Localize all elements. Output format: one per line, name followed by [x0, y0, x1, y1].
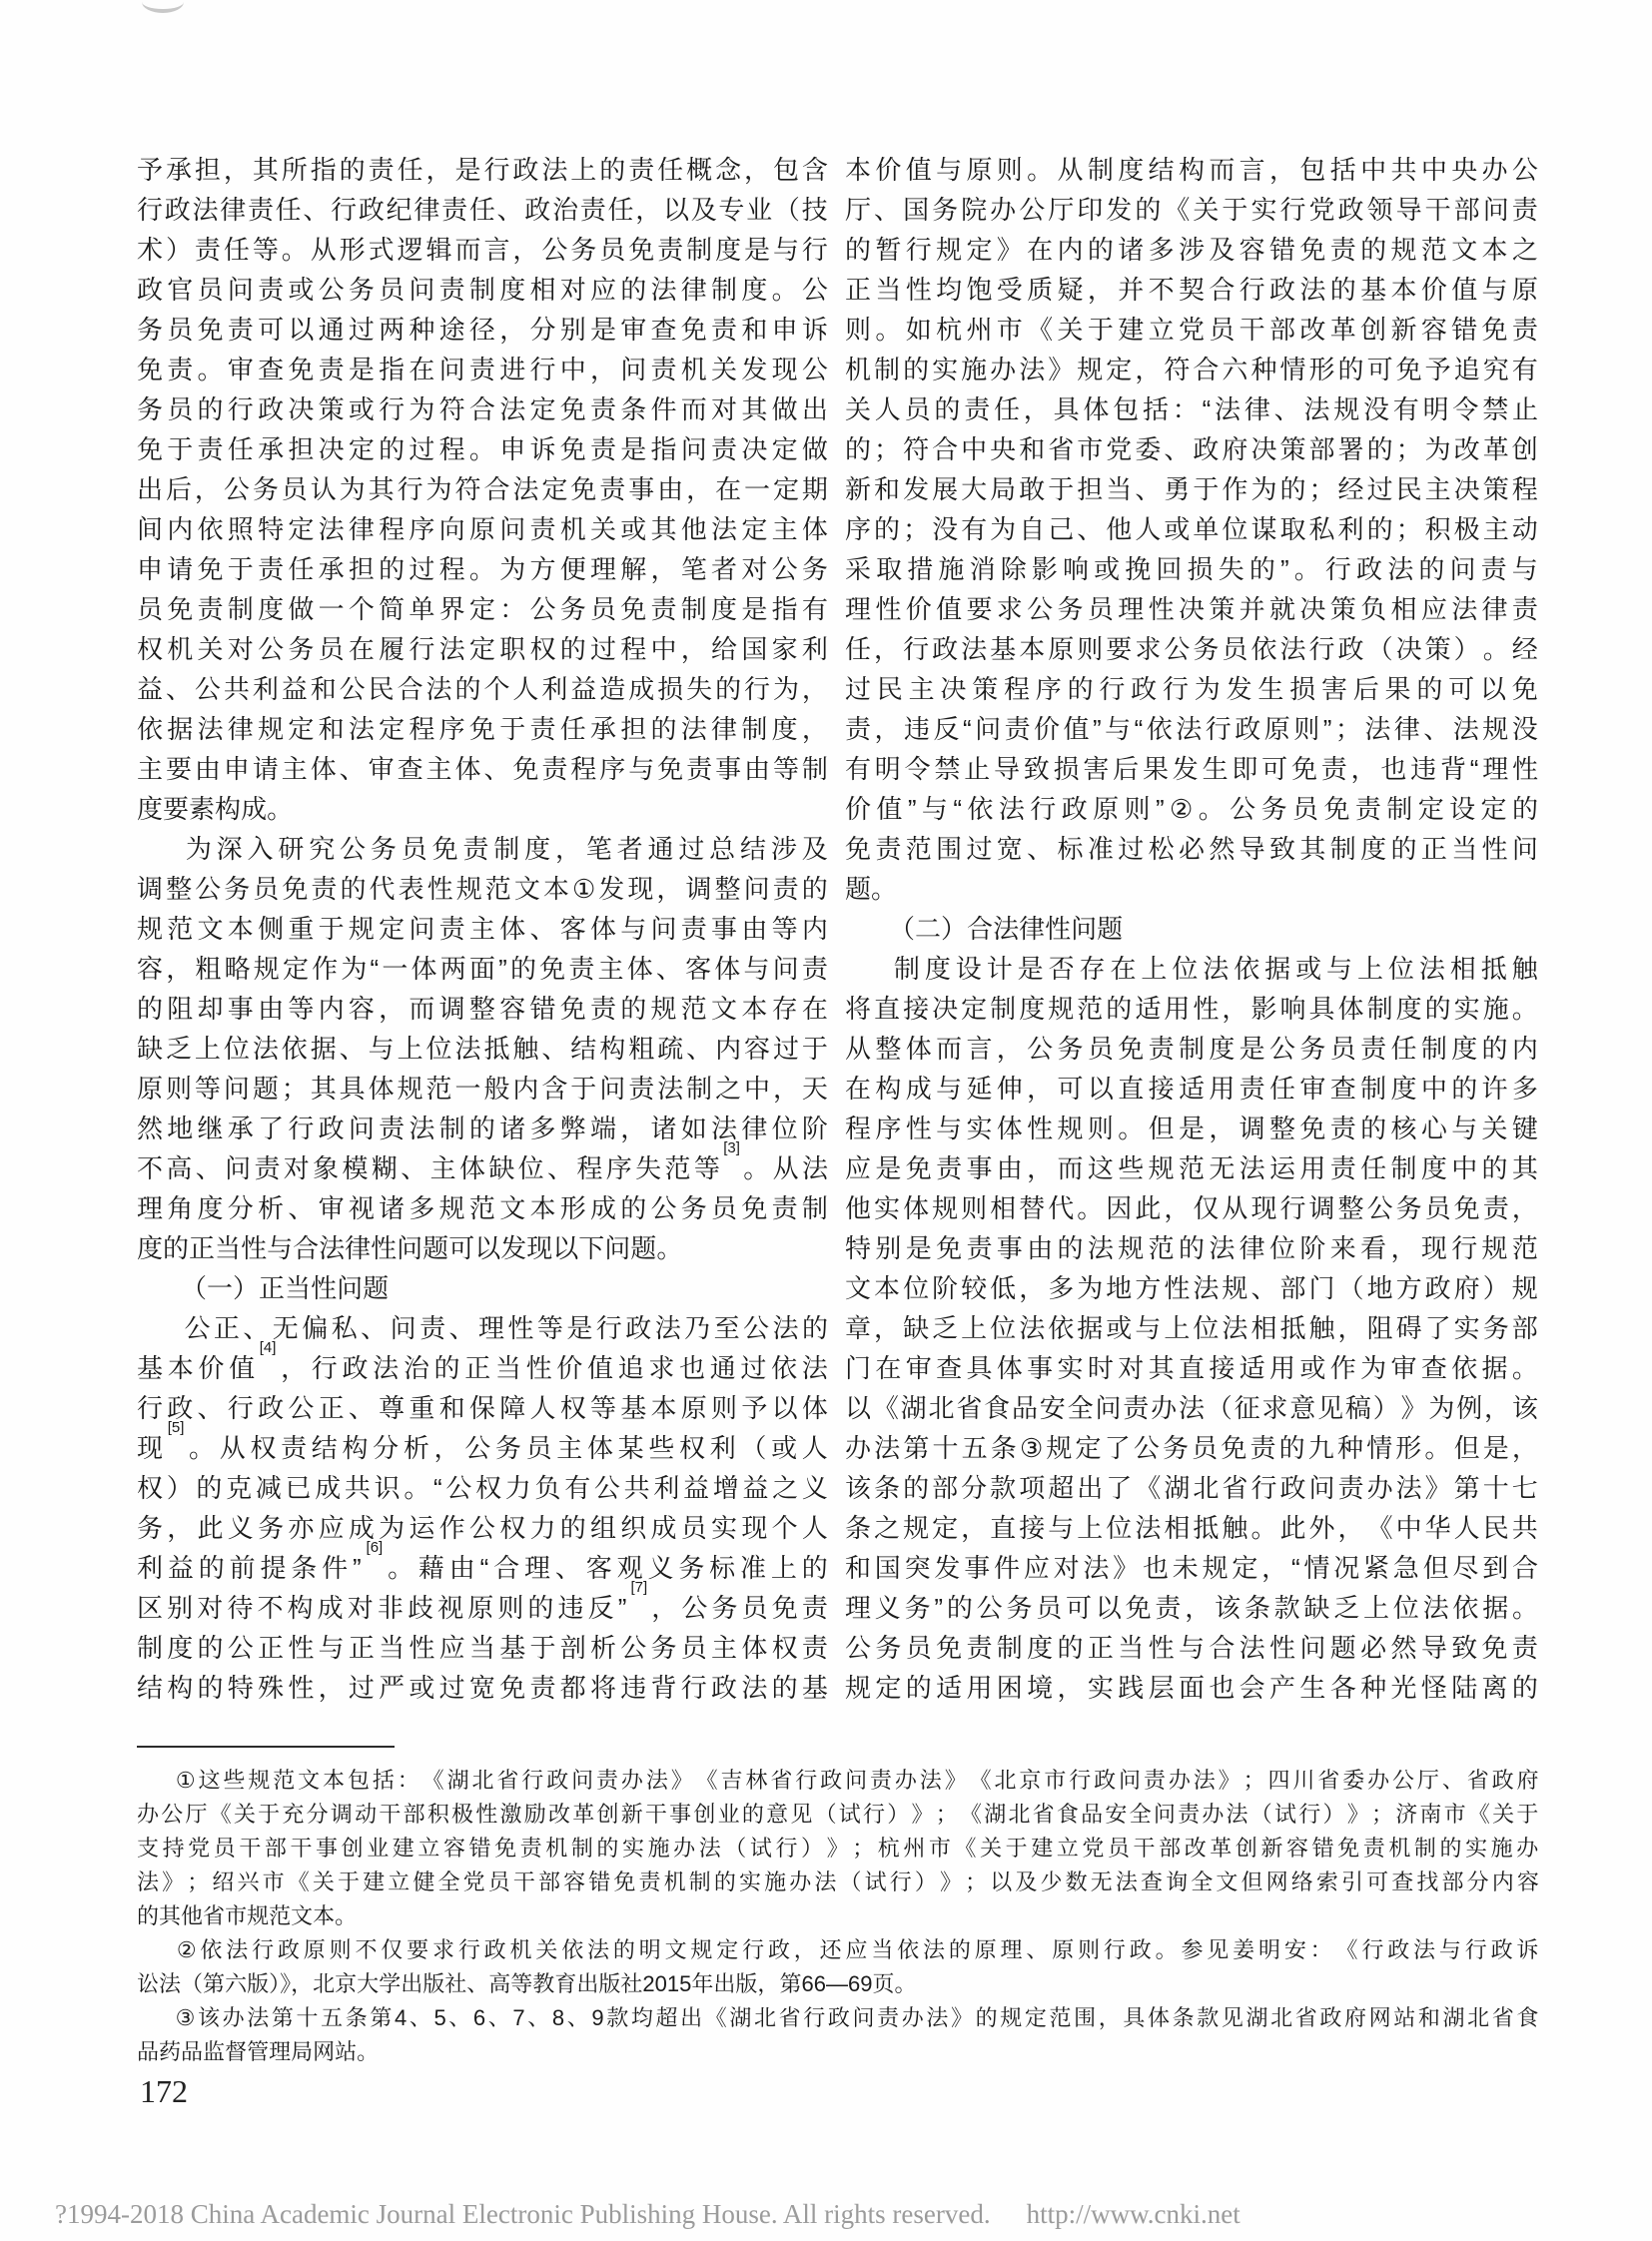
text-line: 理性价值要求公务员理性决策并就决策负相应法律责 — [845, 589, 1538, 629]
text-line: 机制的实施办法》规定，符合六种情形的可免予追究有 — [845, 350, 1538, 389]
text-line: 政官员问责或公务员问责制度相对应的法律制度。公 — [137, 270, 828, 310]
copyright-line: ?1994-2018 China Academic Journal Electr… — [55, 2199, 1613, 2230]
text-line: 则。如杭州市《关于建立党员干部改革创新容错免责 — [845, 310, 1538, 350]
text-line: 将直接决定制度规范的适用性，影响具体制度的实施。 — [845, 989, 1538, 1029]
text-line: 责，违反“问责价值”与“依法行政原则”；法律、法规没 — [845, 709, 1538, 749]
text-line: 员免责制度做一个简单界定：公务员免责制度是指有 — [137, 589, 828, 629]
text-line: 理角度分析、审视诸多规范文本形成的公务员免责制 — [137, 1188, 828, 1228]
text-line: 制度设计是否存在上位法依据或与上位法相抵触 — [845, 949, 1538, 989]
text-line: 权机关对公务员在履行法定职权的过程中，给国家利 — [137, 629, 828, 669]
text-line: 的阻却事由等内容，而调整容错免责的规范文本存在 — [137, 989, 828, 1029]
text-line: 术）责任等。从形式逻辑而言，公务员免责制度是与行 — [137, 230, 828, 270]
text-line: 益、公共利益和公民合法的个人利益造成损失的行为， — [137, 669, 828, 709]
text-line: 规范文本侧重于规定问责主体、客体与问责事由等内 — [137, 909, 828, 949]
text-line: ③该办法第十五条第4、5、6、7、8、9款均超出《湖北省行政问责办法》的规定范围… — [137, 2001, 1539, 2035]
text-line: 条之规定，直接与上位法相抵触。此外，《中华人民共 — [845, 1508, 1538, 1548]
text-line: 厅、国务院办公厅印发的《关于实行党政领导干部问责 — [845, 190, 1538, 230]
text-line: 正当性均饱受质疑，并不契合行政法的基本价值与原 — [845, 270, 1538, 310]
citation-superscript: [4] — [260, 1339, 277, 1356]
text-line: 予承担，其所指的责任，是行政法上的责任概念，包含 — [137, 150, 828, 190]
text-line: 原则等问题；其具体规范一般内含于问责法制之中，天 — [137, 1069, 828, 1109]
text-line: 公务员免责制度的正当性与合法性问题必然导致免责 — [845, 1628, 1538, 1668]
text-line: 依据法律规定和法定程序免于责任承担的法律制度， — [137, 709, 828, 749]
text-line: 务员免责可以通过两种途径，分别是审查免责和申诉 — [137, 310, 828, 350]
text-line: 门在审查具体事实时对其直接适用或作为审查依据。 — [845, 1348, 1538, 1388]
text-line: 从整体而言，公务员免责制度是公务员责任制度的内 — [845, 1029, 1538, 1069]
text-line: 该条的部分款项超出了《湖北省行政问责办法》第十七 — [845, 1468, 1538, 1508]
text-line: 申请免于责任承担的过程。为方便理解，笔者对公务 — [137, 549, 828, 589]
text-line: 的暂行规定》在内的诸多涉及容错免责的规范文本之 — [845, 230, 1538, 270]
text-line: 调整公务员免责的代表性规范文本①发现，调整问责的 — [137, 869, 828, 909]
text-line: 不高、问责对象模糊、主体缺位、程序失范等[3]。从法 — [137, 1148, 828, 1188]
text-line: 理义务”的公务员可以免责，该条款缺乏上位法依据。 — [845, 1588, 1538, 1628]
text-line: 务，此义务亦应成为运作公权力的组织成员实现个人 — [137, 1508, 828, 1548]
left-column: 予承担，其所指的责任，是行政法上的责任概念，包含行政法律责任、行政纪律责任、政治… — [137, 150, 828, 1708]
text-line: 度的正当性与合法律性问题可以发现以下问题。 — [137, 1228, 828, 1268]
text-line: 利益的前提条件”[6]。藉由“合理、客观义务标准上的 — [137, 1548, 828, 1588]
text-line: 采取措施消除影响或挽回损失的”。行政法的问责与 — [845, 549, 1538, 589]
text-line: 容，粗略规定作为“一体两面”的免责主体、客体与问责 — [137, 949, 828, 989]
cnki-url: http://www.cnki.net — [1027, 2199, 1240, 2230]
text-line: 文本位阶较低，多为地方性法规、部门（地方政府）规 — [845, 1268, 1538, 1308]
text-line: 过民主决策程序的行政行为发生损害后果的可以免 — [845, 669, 1538, 709]
text-line: 序的；没有为自己、他人或单位谋取私利的；积极主动 — [845, 509, 1538, 549]
text-line: 以《湖北省食品安全问责办法（征求意见稿）》为例，该 — [845, 1388, 1538, 1428]
scan-artifact — [142, 0, 184, 13]
text-line: 区别对待不构成对非歧视原则的违反”[7]，公务员免责 — [137, 1588, 828, 1628]
text-line: 行政法律责任、行政纪律责任、政治责任，以及专业（技 — [137, 190, 828, 230]
text-line: 有明令禁止导致损害后果发生即可免责，也违背“理性 — [845, 749, 1538, 789]
text-line: 现[5]。从权责结构分析，公务员主体某些权利（或人 — [137, 1428, 828, 1468]
text-line: 度要素构成。 — [137, 789, 828, 829]
text-line: 结构的特殊性，过严或过宽免责都将违背行政法的基 — [137, 1668, 828, 1708]
text-line: 应是免责事由，而这些规范无法运用责任制度中的其 — [845, 1148, 1538, 1188]
text-line: 新和发展大局敢于担当、勇于作为的；经过民主决策程 — [845, 469, 1538, 509]
text-line: 主要由申请主体、审查主体、免责程序与免责事由等制 — [137, 749, 828, 789]
text-line: 法》；绍兴市《关于建立健全党员干部容错免责机制的实施办法（试行）》；以及少数无法… — [137, 1866, 1539, 1899]
text-line: 品药品监督管理局网站。 — [137, 2035, 1539, 2069]
text-line: 基本价值[4]，行政法治的正当性价值追求也通过依法 — [137, 1348, 828, 1388]
text-line: 行政、行政公正、尊重和保障人权等基本原则予以体 — [137, 1388, 828, 1428]
text-line: 规定的适用困境，实践层面也会产生各种光怪陆离的 — [845, 1668, 1538, 1708]
page-number: 172 — [140, 2073, 188, 2110]
text-line: 制度的公正性与正当性应当基于剖析公务员主体权责 — [137, 1628, 828, 1668]
text-line: 务员的行政决策或行为符合法定免责条件而对其做出 — [137, 389, 828, 429]
text-line: 本价值与原则。从制度结构而言，包括中共中央办公 — [845, 150, 1538, 190]
text-line: 价值”与“依法行政原则”②。公务员免责制定设定的 — [845, 789, 1538, 829]
text-line: 间内依照特定法律程序向原问责机关或其他法定主体 — [137, 509, 828, 549]
text-line: （二）合法律性问题 — [845, 909, 1538, 949]
text-line: 和国突发事件应对法》也未规定，“情况紧急但尽到合 — [845, 1548, 1538, 1588]
right-column: 本价值与原则。从制度结构而言，包括中共中央办公厅、国务院办公厅印发的《关于实行党… — [845, 150, 1538, 1708]
text-line: 为深入研究公务员免责制度，笔者通过总结涉及 — [137, 829, 828, 869]
text-line: 缺乏上位法依据、与上位法抵触、结构粗疏、内容过于 — [137, 1029, 828, 1069]
text-line: 免于责任承担决定的过程。申诉免责是指问责决定做 — [137, 429, 828, 469]
text-line: 任，行政法基本原则要求公务员依法行政（决策）。经 — [845, 629, 1538, 669]
text-line: 办法第十五条③规定了公务员免责的九种情形。但是， — [845, 1428, 1538, 1468]
text-line: （一）正当性问题 — [137, 1268, 828, 1308]
citation-superscript: [7] — [631, 1579, 648, 1596]
text-line: 权）的克减已成共识。“公权力负有公共利益增益之义 — [137, 1468, 828, 1508]
citation-superscript: [3] — [723, 1139, 740, 1156]
text-line: 特别是免责事由的法规范的法律位阶来看，现行规范 — [845, 1228, 1538, 1268]
footnotes: ①这些规范文本包括：《湖北省行政问责办法》《吉林省行政问责办法》《北京市行政问责… — [137, 1764, 1539, 2069]
text-line: 的其他省市规范文本。 — [137, 1899, 1539, 1933]
text-line: 免责。审查免责是指在问责进行中，问责机关发现公 — [137, 350, 828, 389]
text-line: 程序性与实体性规则。但是，调整免责的核心与关键 — [845, 1109, 1538, 1148]
text-line: 支持党员干部干事创业建立容错免责机制的实施办法（试行）》；杭州市《关于建立党员干… — [137, 1832, 1539, 1866]
citation-superscript: [5] — [168, 1419, 185, 1436]
text-line: 办公厅《关于充分调动干部积极性激励改革创新干事创业的意见（试行）》；《湖北省食品… — [137, 1798, 1539, 1832]
journal-page: 予承担，其所指的责任，是行政法上的责任概念，包含行政法律责任、行政纪律责任、政治… — [0, 0, 1652, 2241]
text-line: 题。 — [845, 869, 1538, 909]
text-line: 免责范围过宽、标准过松必然导致其制度的正当性问 — [845, 829, 1538, 869]
citation-superscript: [6] — [367, 1539, 384, 1556]
text-line: 他实体规则相替代。因此，仅从现行调整公务员免责， — [845, 1188, 1538, 1228]
text-line: 讼法（第六版）》，北京大学出版社、高等教育出版社2015年出版，第66—69页。 — [137, 1967, 1539, 2001]
text-line: 章，缺乏上位法依据或与上位法相抵触，阻碍了实务部 — [845, 1308, 1538, 1348]
copyright-text: ?1994-2018 China Academic Journal Electr… — [55, 2199, 991, 2230]
text-line: 关人员的责任，具体包括：“法律、法规没有明令禁止 — [845, 389, 1538, 429]
text-line: 的；符合中央和省市党委、政府决策部署的；为改革创 — [845, 429, 1538, 469]
text-line: ②依法行政原则不仅要求行政机关依法的明文规定行政，还应当依法的原理、原则行政。参… — [137, 1933, 1539, 1967]
text-line: ①这些规范文本包括：《湖北省行政问责办法》《吉林省行政问责办法》《北京市行政问责… — [137, 1764, 1539, 1798]
footnote-divider — [137, 1746, 395, 1748]
text-line: 出后，公务员认为其行为符合法定免责事由，在一定期 — [137, 469, 828, 509]
text-line: 在构成与延伸，可以直接适用责任审查制度中的许多 — [845, 1069, 1538, 1109]
text-line: 公正、无偏私、问责、理性等是行政法乃至公法的 — [137, 1308, 828, 1348]
